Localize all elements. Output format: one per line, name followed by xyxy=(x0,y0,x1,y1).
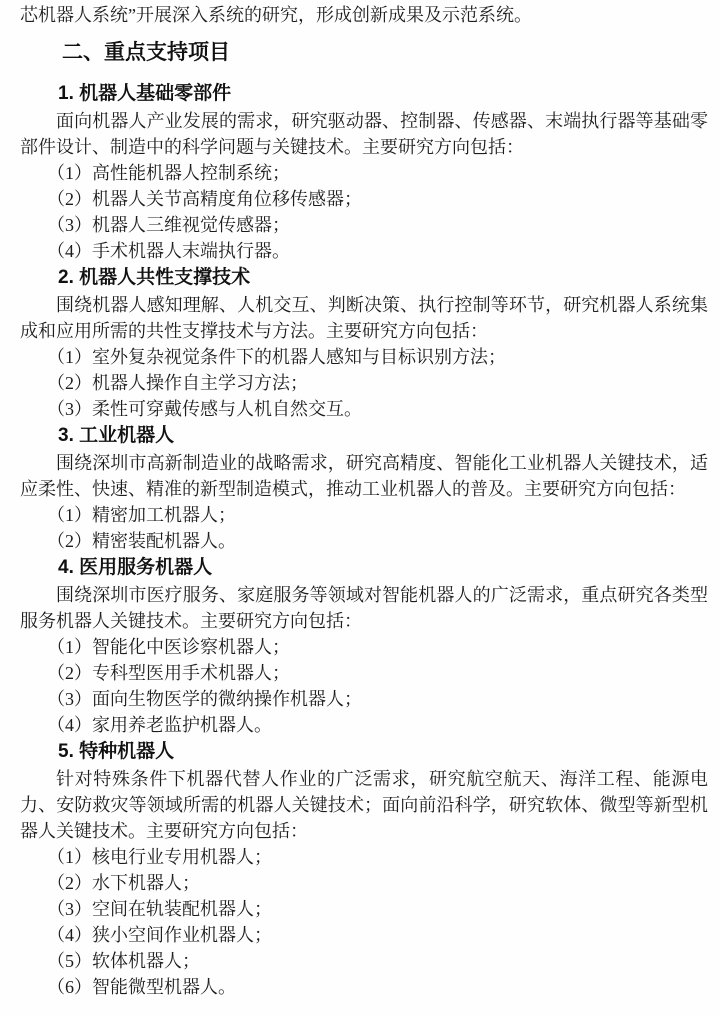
list-item: （1）精密加工机器人； xyxy=(20,502,708,528)
list-item: （2）机器人操作自主学习方法； xyxy=(20,370,708,396)
subsection-title-3: 3. 工业机器人 xyxy=(20,422,708,450)
list-item: （4）狭小空间作业机器人； xyxy=(20,922,708,948)
list-item: （2）水下机器人； xyxy=(20,870,708,896)
subsection-intro-4: 围绕深圳市医疗服务、家庭服务等领域对智能机器人的广泛需求，重点研究各类型服务机器… xyxy=(20,582,708,634)
paragraph-continuation: 芯机器人系统”开展深入系统的研究，形成创新成果及示范系统。 xyxy=(20,2,708,28)
subsection-title-2: 2. 机器人共性支撑技术 xyxy=(20,264,708,292)
subsection-title-5: 5. 特种机器人 xyxy=(20,738,708,766)
list-item: （3）柔性可穿戴传感与人机自然交互。 xyxy=(20,396,708,422)
list-item: （6）智能微型机器人。 xyxy=(20,974,708,1000)
section-heading: 二、重点支持项目 xyxy=(20,40,708,66)
list-item: （5）软体机器人； xyxy=(20,948,708,974)
document-page: 芯机器人系统”开展深入系统的研究，形成创新成果及示范系统。 二、重点支持项目 1… xyxy=(0,0,720,1015)
list-item: （2）专科型医用手术机器人； xyxy=(20,660,708,686)
list-item: （2）精密装配机器人。 xyxy=(20,528,708,554)
list-item: （1）室外复杂视觉条件下的机器人感知与目标识别方法； xyxy=(20,344,708,370)
subsection-intro-5: 针对特殊条件下机器代替人作业的广泛需求，研究航空航天、海洋工程、能源电力、安防救… xyxy=(20,766,708,844)
subsection-title-4: 4. 医用服务机器人 xyxy=(20,554,708,582)
subsection-intro-1: 面向机器人产业发展的需求，研究驱动器、控制器、传感器、末端执行器等基础零部件设计… xyxy=(20,108,708,160)
subsection-intro-3: 围绕深圳市高新制造业的战略需求，研究高精度、智能化工业机器人关键技术，适应柔性、… xyxy=(20,450,708,502)
list-item: （3）空间在轨装配机器人； xyxy=(20,896,708,922)
list-item: （3）机器人三维视觉传感器； xyxy=(20,212,708,238)
list-item: （4）手术机器人末端执行器。 xyxy=(20,238,708,264)
list-item: （1）高性能机器人控制系统； xyxy=(20,160,708,186)
list-item: （3）面向生物医学的微纳操作机器人； xyxy=(20,686,708,712)
list-item: （2）机器人关节高精度角位移传感器； xyxy=(20,186,708,212)
subsection-intro-2: 围绕机器人感知理解、人机交互、判断决策、执行控制等环节，研究机器人系统集成和应用… xyxy=(20,292,708,344)
list-item: （4）家用养老监护机器人。 xyxy=(20,712,708,738)
list-item: （1）核电行业专用机器人； xyxy=(20,844,708,870)
list-item: （1）智能化中医诊察机器人； xyxy=(20,634,708,660)
subsection-title-1: 1. 机器人基础零部件 xyxy=(20,80,708,108)
